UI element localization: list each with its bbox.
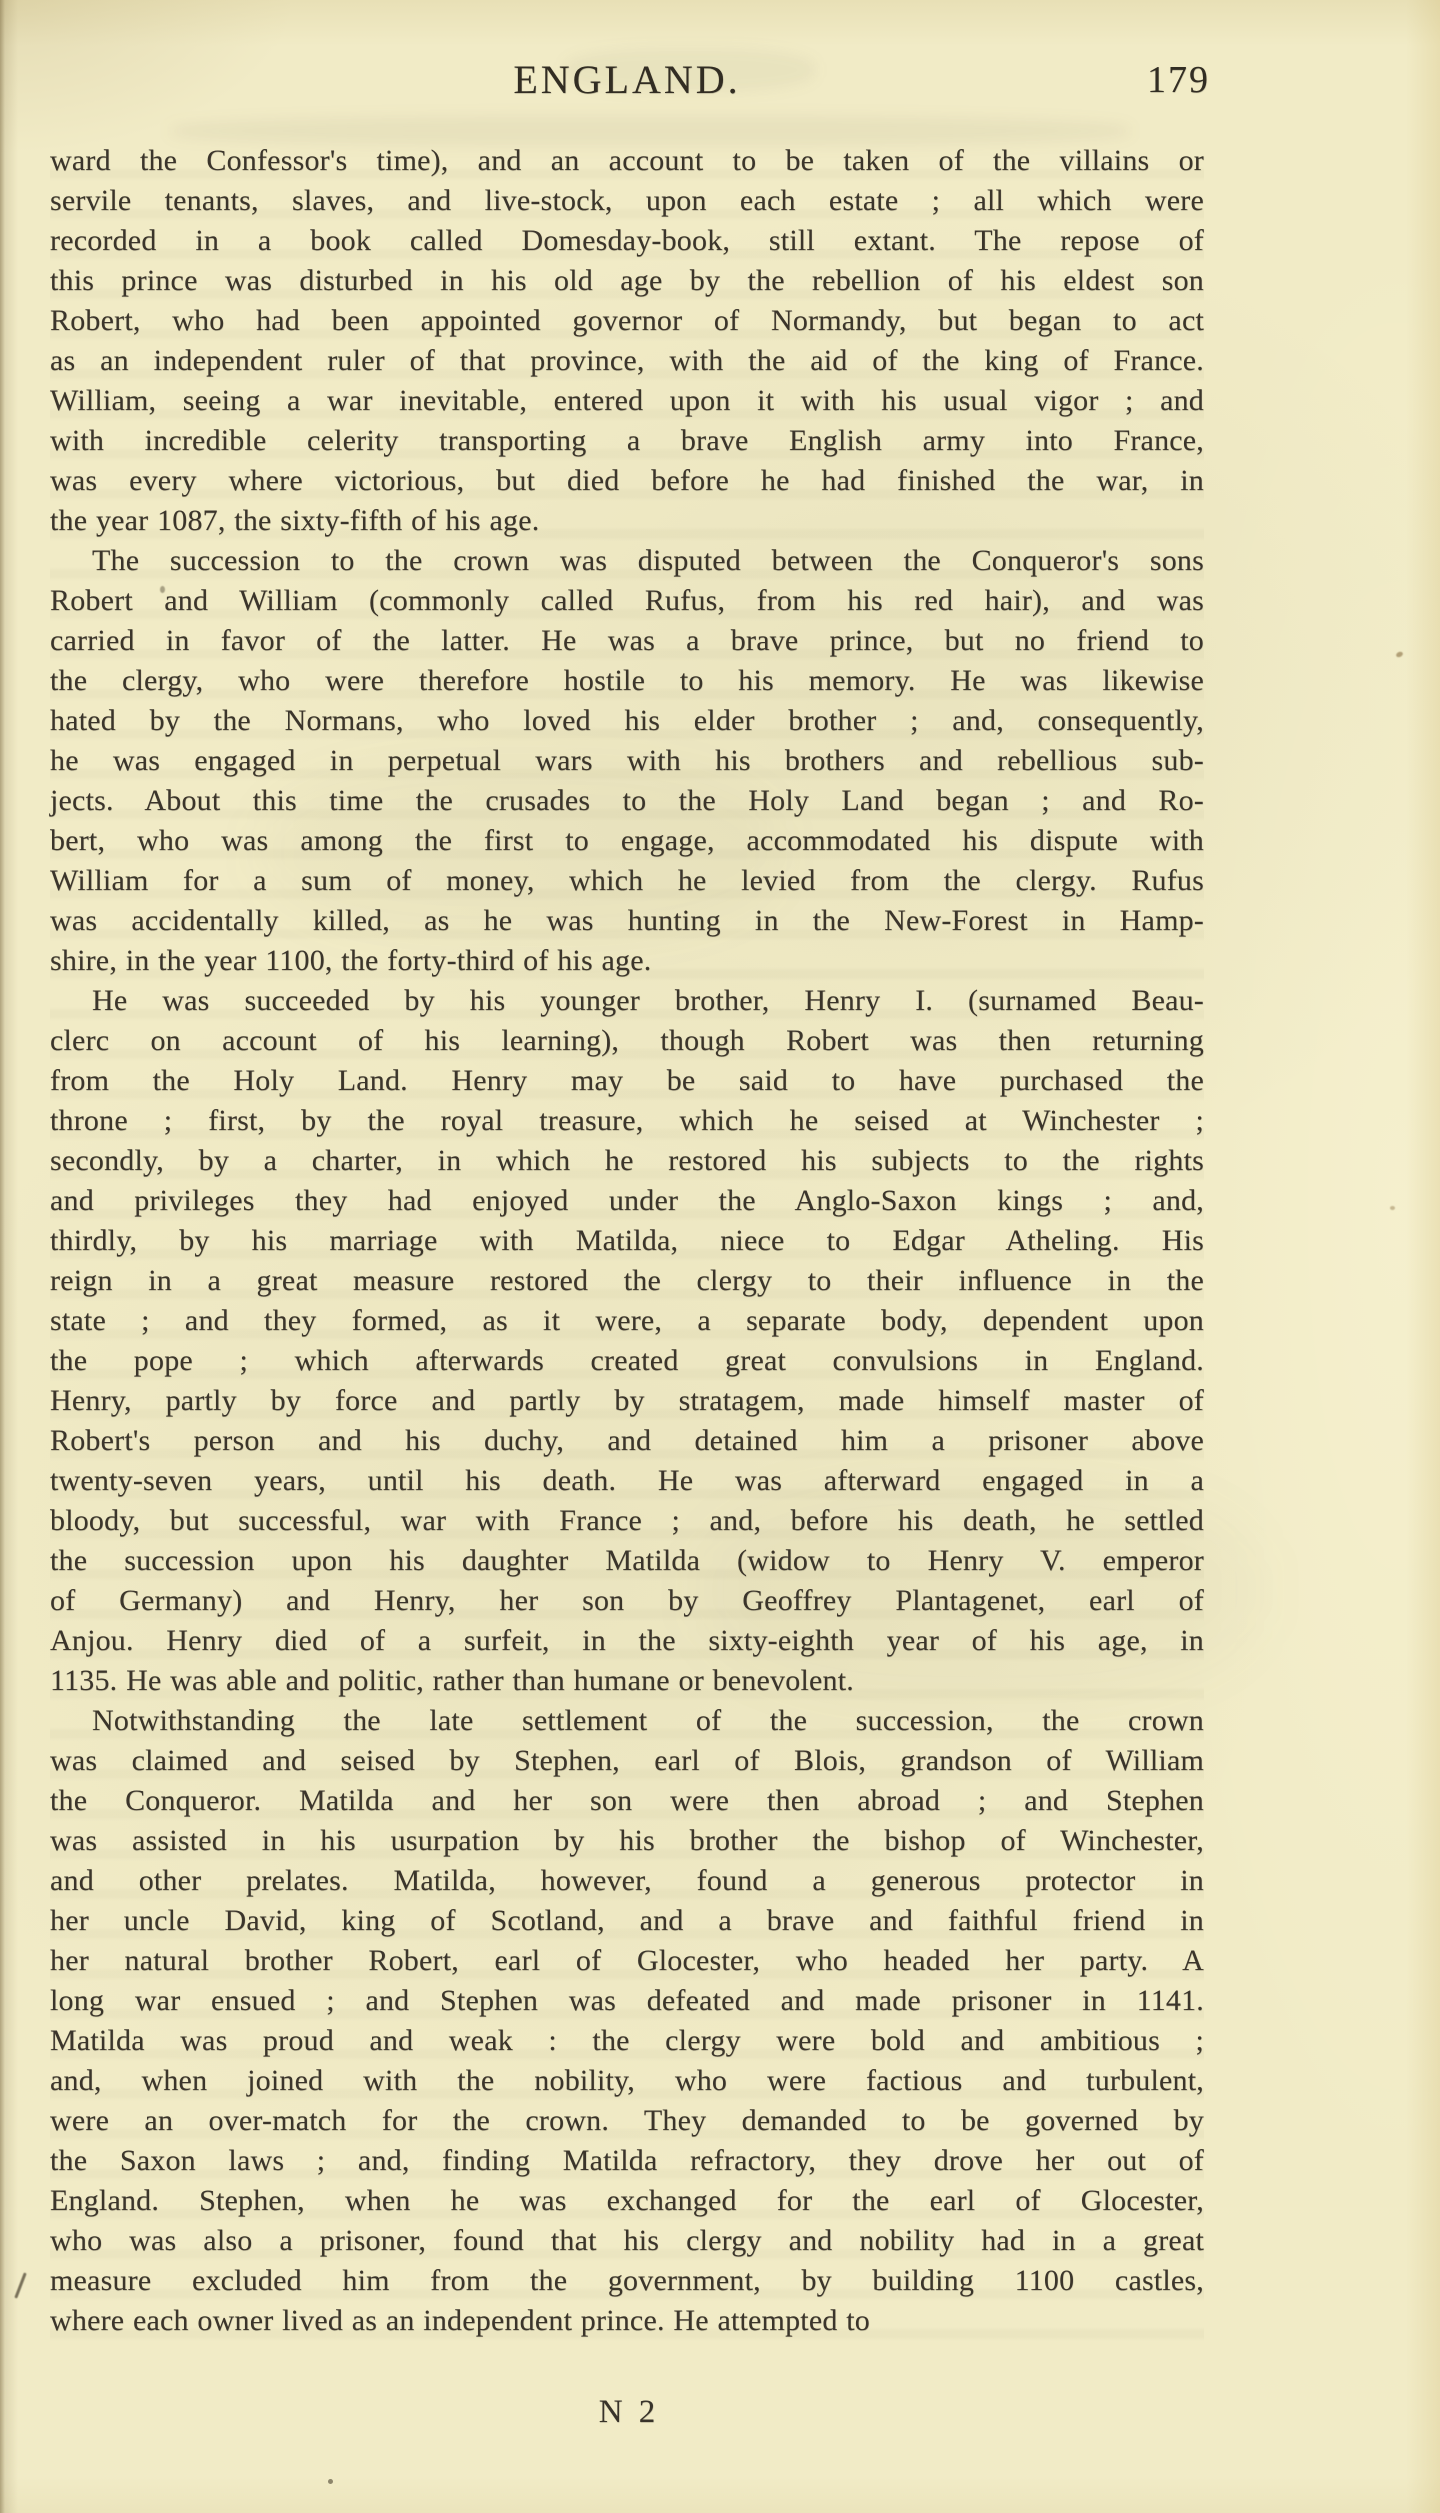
text-line: bert, who was among the first to engage,… xyxy=(50,821,1204,861)
text-line: jects. About this time the crusades to t… xyxy=(50,781,1204,821)
text-line: secondly, by a charter, in which he rest… xyxy=(50,1141,1204,1181)
body-text: ward the Confessor's time), and an accou… xyxy=(50,141,1204,2341)
scan-artifact-dot xyxy=(328,2479,333,2484)
text-line: Robert and William (commonly called Rufu… xyxy=(50,581,1204,621)
text-line: was every where victorious, but died bef… xyxy=(50,461,1204,501)
text-line: clerc on account of his learning), thoug… xyxy=(50,1021,1204,1061)
page-number: 179 xyxy=(1147,56,1210,104)
text-line: where each owner lived as an independent… xyxy=(50,2301,1204,2341)
text-line: The succession to the crown was disputed… xyxy=(50,541,1204,581)
text-line: state ; and they formed, as it were, a s… xyxy=(50,1301,1204,1341)
scan-artifact-slash xyxy=(14,2272,26,2298)
text-line: carried in favor of the latter. He was a… xyxy=(50,621,1204,661)
text-line: servile tenants, slaves, and live-stock,… xyxy=(50,181,1204,221)
text-line: who was also a prisoner, found that his … xyxy=(50,2221,1204,2261)
paragraph: He was succeeded by his younger brother,… xyxy=(50,981,1204,1701)
text-line: and, when joined with the nobility, who … xyxy=(50,2061,1204,2101)
text-line: measure excluded him from the government… xyxy=(50,2261,1204,2301)
text-line: Matilda was proud and weak : the clergy … xyxy=(50,2021,1204,2061)
text-line: throne ; first, by the royal treasure, w… xyxy=(50,1101,1204,1141)
text-line: William, seeing a war inevitable, entere… xyxy=(50,381,1204,421)
text-line: long war ensued ; and Stephen was defeat… xyxy=(50,1981,1204,2021)
text-line: he was engaged in perpetual wars with hi… xyxy=(50,741,1204,781)
text-line: the Saxon laws ; and, finding Matilda re… xyxy=(50,2141,1204,2181)
text-line: was claimed and seised by Stephen, earl … xyxy=(50,1741,1204,1781)
paragraph: Notwithstanding the late settlement of t… xyxy=(50,1701,1204,2341)
text-line: of Germany) and Henry, her son by Geoffr… xyxy=(50,1581,1204,1621)
ink-speck xyxy=(1390,1206,1395,1210)
text-line: with incredible celerity transporting a … xyxy=(50,421,1204,461)
text-line: the year 1087, the sixty-fifth of his ag… xyxy=(50,501,1204,541)
text-line: ward the Confessor's time), and an accou… xyxy=(50,141,1204,181)
text-line: the succession upon his daughter Matilda… xyxy=(50,1541,1204,1581)
text-line: was accidentally killed, as he was hunti… xyxy=(50,901,1204,941)
paragraph: ward the Confessor's time), and an accou… xyxy=(50,141,1204,541)
text-line: recorded in a book called Domesday-book,… xyxy=(50,221,1204,261)
text-line: Robert, who had been appointed governor … xyxy=(50,301,1204,341)
text-line: the pope ; which afterwards created grea… xyxy=(50,1341,1204,1381)
text-line: were an over-match for the crown. They d… xyxy=(50,2101,1204,2141)
text-line: Robert's person and his duchy, and detai… xyxy=(50,1421,1204,1461)
text-line: reign in a great measure restored the cl… xyxy=(50,1261,1204,1301)
text-line: Notwithstanding the late settlement of t… xyxy=(50,1701,1204,1741)
paragraph: The succession to the crown was disputed… xyxy=(50,541,1204,981)
text-line: the clergy, who were therefore hostile t… xyxy=(50,661,1204,701)
text-line: bloody, but successful, war with France … xyxy=(50,1501,1204,1541)
text-line: as an independent ruler of that province… xyxy=(50,341,1204,381)
text-line: from the Holy Land. Henry may be said to… xyxy=(50,1061,1204,1101)
text-line: Anjou. Henry died of a surfeit, in the s… xyxy=(50,1621,1204,1661)
text-line: was assisted in his usurpation by his br… xyxy=(50,1821,1204,1861)
book-page: ENGLAND. 179 ward the Confessor's time),… xyxy=(0,0,1440,2513)
text-line: her natural brother Robert, earl of Gloc… xyxy=(50,1941,1204,1981)
ink-speck xyxy=(1395,651,1403,658)
text-line: her uncle David, king of Scotland, and a… xyxy=(50,1901,1204,1941)
text-line: the Conqueror. Matilda and her son were … xyxy=(50,1781,1204,1821)
text-line: and privileges they had enjoyed under th… xyxy=(50,1181,1204,1221)
text-line: England. Stephen, when he was exchanged … xyxy=(50,2181,1204,2221)
text-line: hated by the Normans, who loved his elde… xyxy=(50,701,1204,741)
text-line: twenty-seven years, until his death. He … xyxy=(50,1461,1204,1501)
text-line: thirdly, by his marriage with Matilda, n… xyxy=(50,1221,1204,1261)
text-line: this prince was disturbed in his old age… xyxy=(50,261,1204,301)
signature-mark: N 2 xyxy=(50,2392,1204,2432)
text-line: He was succeeded by his younger brother,… xyxy=(50,981,1204,1021)
text-line: Henry, partly by force and partly by str… xyxy=(50,1381,1204,1421)
text-line: and other prelates. Matilda, however, fo… xyxy=(50,1861,1204,1901)
text-line: William for a sum of money, which he lev… xyxy=(50,861,1204,901)
text-line: shire, in the year 1100, the forty-third… xyxy=(50,941,1204,981)
running-head-title: ENGLAND. xyxy=(50,56,1204,104)
running-head: ENGLAND. 179 xyxy=(50,56,1204,106)
text-line: 1135. He was able and politic, rather th… xyxy=(50,1661,1204,1701)
